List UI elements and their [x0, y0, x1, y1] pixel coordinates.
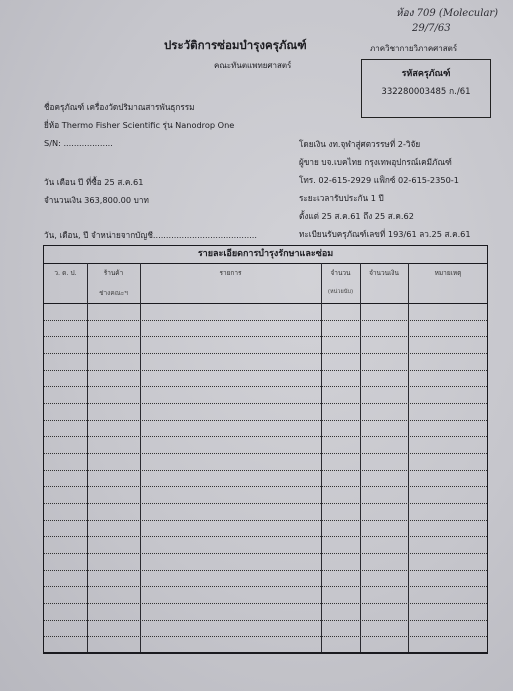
row-divider	[44, 503, 487, 504]
asset-code-value: 332280003485 ก./61	[362, 84, 490, 98]
column-header-date: ว. ด. ป.	[44, 268, 87, 278]
column-header-quantity: จำนวน	[321, 268, 360, 278]
row-divider	[44, 470, 487, 471]
page-title: ประวัติการซ่อมบำรุงครุภัณฑ์	[164, 37, 307, 55]
column-divider	[321, 263, 322, 652]
column-divider	[360, 263, 361, 652]
faculty-label: คณะทันตแพทยศาสตร์	[214, 59, 291, 72]
row-divider	[44, 586, 487, 587]
purchase-date: วัน เดือน ปี ที่ซื้อ 25 ส.ค.61	[44, 176, 143, 189]
column-divider	[408, 263, 409, 652]
row-divider	[44, 386, 487, 387]
registration-number: ทะเบียนรับครุภัณฑ์เลขที่ 193/61 ลว.25 ส.…	[299, 228, 471, 241]
row-divider	[44, 636, 487, 637]
row-divider	[44, 320, 487, 321]
row-divider	[44, 436, 487, 437]
purchase-amount: จำนวนเงิน 363,800.00 บาท	[44, 194, 149, 207]
asset-code-box: รหัสครุภัณฑ์ 332280003485 ก./61	[361, 59, 491, 118]
row-divider	[44, 453, 487, 454]
column-divider	[140, 263, 141, 652]
column-subheader-unit: (หน่วยนับ)	[321, 288, 360, 296]
row-divider	[44, 603, 487, 604]
asset-code-label: รหัสครุภัณฑ์	[362, 66, 490, 80]
warranty-period: ตั้งแต่ 25 ส.ค.61 ถึง 25 ส.ค.62	[299, 210, 414, 223]
column-header-amount: จำนวนเงิน	[360, 268, 408, 278]
handwritten-date-note: 29/7/63	[412, 23, 451, 34]
column-header-vendor: ร้านค้า	[87, 268, 140, 278]
row-divider	[44, 570, 487, 571]
department-label: ภาควิชากายวิภาคศาสตร์	[370, 42, 457, 55]
seller: ผู้ขาย บจ.เบคไทย กรุงเทพอุปกรณ์เคมีภัณฑ์	[299, 156, 452, 169]
row-divider	[44, 486, 487, 487]
row-divider	[44, 553, 487, 554]
column-header-item: รายการ	[140, 268, 321, 278]
row-divider	[44, 536, 487, 537]
disposal-date: วัน, เดือน, ปี จำหน่ายจากบัญชี..........…	[44, 229, 257, 242]
funding-source: โดยเงิน งท.จุฬาสู่ศตวรรษที่ 2-วิจัย	[299, 138, 420, 151]
column-header-remarks: หมายเหตุ	[408, 268, 488, 278]
equipment-brand: ยี่ห้อ Thermo Fisher Scientific รุ่น Nan…	[44, 119, 234, 132]
maintenance-table: รายละเอียดการบำรุงรักษาและซ่อม ว. ด. ป. …	[43, 245, 488, 654]
column-subheader-vendor: ช่างคณะฯ	[87, 288, 140, 298]
column-divider	[87, 263, 88, 652]
handwritten-room-note: ห้อง 709 (Molecular)	[396, 6, 498, 21]
seller-phone: โทร. 02-615-2929 แฟ็กซ์ 02-615-2350-1	[299, 174, 459, 187]
row-divider	[44, 353, 487, 354]
row-divider	[44, 620, 487, 621]
row-divider	[44, 420, 487, 421]
row-divider	[44, 370, 487, 371]
table-title: รายละเอียดการบำรุงรักษาและซ่อม	[44, 246, 487, 264]
warranty: ระยะเวลารับประกัน 1 ปี	[299, 192, 384, 205]
equipment-serial: S/N: ...................	[44, 138, 113, 148]
row-divider	[44, 336, 487, 337]
row-divider	[44, 403, 487, 404]
row-divider	[44, 520, 487, 521]
equipment-name: ชื่อครุภัณฑ์ เครื่องวัดปริมาณสารพันธุกรร…	[44, 101, 195, 114]
